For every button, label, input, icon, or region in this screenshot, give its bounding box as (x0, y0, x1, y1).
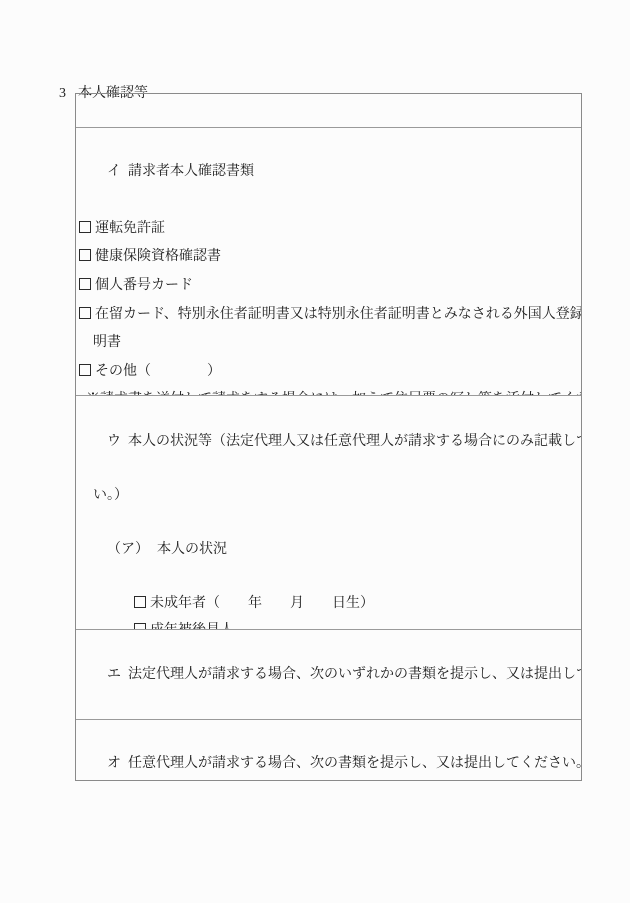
document-item: 個人番号カード (79, 272, 573, 301)
row-prefix: オ (107, 756, 121, 771)
row-title-line: ウ本人の状況等（法定代理人又は任意代理人が請求する場合にのみ記載してくださ (79, 401, 573, 482)
row-title-wrap: い。） (79, 482, 573, 509)
row-title-line: イ請求者本人確認書類 (79, 129, 573, 215)
checkbox-label: 成年被後見人 (150, 623, 234, 629)
identity-verification-table: ア開示請求者本人法定代理人任意代理人 イ請求者本人確認書類 運転免許証 健康保険… (75, 93, 582, 781)
checkbox-icon (79, 364, 91, 376)
row-prefix: ウ (107, 434, 121, 449)
row-voluntary-representative-documents: オ任意代理人が請求する場合、次の書類を提示し、又は提出してください。 請求資格確… (76, 719, 581, 780)
row-disclosure-requester: ア開示請求者本人法定代理人任意代理人 (76, 94, 581, 127)
row-label: 本人の状況等（法定代理人又は任意代理人が請求する場合にのみ記載してくださ (128, 434, 581, 449)
status-option: 成年被後見人 (79, 617, 573, 629)
disclosure-requester-line: ア開示請求者本人法定代理人任意代理人 (79, 94, 573, 127)
checkbox-label: 健康保険資格確認書 (95, 249, 221, 264)
sub-item-principal-status: （ア）本人の状況 (79, 509, 573, 590)
document-page: 3本人確認等 ア開示請求者本人法定代理人任意代理人 イ請求者本人確認書類 運転免… (0, 0, 630, 903)
section-number: 3 (59, 86, 66, 101)
checkbox-icon (79, 249, 91, 261)
document-item: 運転免許証 (79, 215, 573, 244)
row-principal-status: ウ本人の状況等（法定代理人又は任意代理人が請求する場合にのみ記載してくださ い。… (76, 395, 581, 629)
checkbox-label: 在留カード、特別永住者証明書又は特別永住者証明書とみなされる外国人登録証 (95, 307, 581, 322)
row-prefix: エ (107, 667, 121, 682)
document-item: その他（ ） (79, 358, 573, 387)
row-legal-representative-documents: エ法定代理人が請求する場合、次のいずれかの書類を提示し、又は提出してくださ い。… (76, 629, 581, 719)
checkbox-label: 個人番号カード (95, 278, 193, 293)
checkbox-icon (79, 221, 91, 233)
remark-line: ※請求書を送付して請求をする場合には、加えて住民票の写し等を添付してくだ (79, 386, 573, 395)
row-label: 任意代理人が請求する場合、次の書類を提示し、又は提出してください。 (128, 756, 581, 771)
row-label: 法定代理人が請求する場合、次のいずれかの書類を提示し、又は提出してくださ (128, 667, 581, 682)
document-item: 健康保険資格確認書 (79, 243, 573, 272)
document-item-wrap: 明書 (79, 329, 573, 358)
checkbox-icon (79, 307, 91, 319)
checkbox-icon (134, 623, 146, 629)
checkbox-label: その他（ ） (95, 364, 221, 379)
row-label: 請求者本人確認書類 (128, 164, 254, 179)
row-title-line: オ任意代理人が請求する場合、次の書類を提示し、又は提出してください。 (79, 725, 573, 780)
checkbox-icon (134, 596, 146, 608)
row-identity-documents: イ請求者本人確認書類 運転免許証 健康保険資格確認書 個人番号カード 在留カード… (76, 127, 581, 395)
checkbox-label: 運転免許証 (95, 221, 165, 236)
checkbox-label: 未成年者（ 年 月 日生） (150, 596, 374, 611)
row-title-line: エ法定代理人が請求する場合、次のいずれかの書類を提示し、又は提出してくださ (79, 633, 573, 716)
status-option: 未成年者（ 年 月 日生） (79, 590, 573, 617)
sub-label: 本人の状況 (157, 542, 227, 557)
document-item: 在留カード、特別永住者証明書又は特別永住者証明書とみなされる外国人登録証 (79, 301, 573, 330)
checkbox-icon (79, 278, 91, 290)
row-prefix: イ (107, 164, 121, 179)
sub-prefix: （ア） (107, 542, 149, 557)
